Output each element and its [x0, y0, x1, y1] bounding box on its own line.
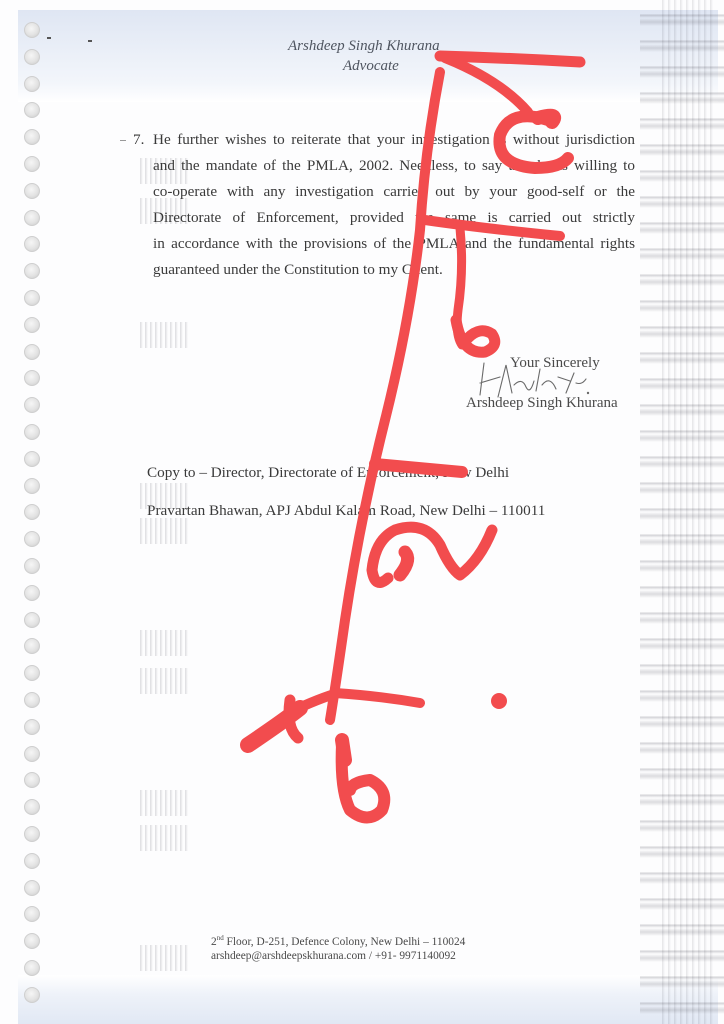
- paragraph-line: Directorate of Enforcement, provided the…: [153, 206, 635, 231]
- signer-name: Arshdeep Singh Khurana: [466, 395, 618, 412]
- binder-hole: [24, 370, 40, 386]
- binder-hole: [24, 960, 40, 976]
- binder-hole: [24, 987, 40, 1003]
- binder-hole: [24, 478, 40, 494]
- binder-hole: [24, 424, 40, 440]
- footer-floor-suffix: nd: [217, 934, 224, 942]
- letterhead-title: Advocate: [343, 58, 399, 75]
- footer-address: 2nd Floor, D-251, Defence Colony, New De…: [211, 934, 465, 948]
- paragraph-line: in accordance with the provisions of the…: [153, 232, 635, 257]
- copy-to-line-1: Copy to – Director, Directorate of Enfor…: [147, 464, 509, 482]
- letterhead-name: Arshdeep Singh Khurana: [288, 38, 440, 55]
- binder-hole: [24, 826, 40, 842]
- scan-ghost-mark: [140, 630, 190, 656]
- binder-hole: [24, 692, 40, 708]
- binder-hole: [24, 638, 40, 654]
- binder-hole: [24, 156, 40, 172]
- binder-hole: [24, 129, 40, 145]
- binder-hole: [24, 49, 40, 65]
- scan-speck: [47, 37, 51, 39]
- binder-hole: [24, 772, 40, 788]
- binder-hole: [24, 22, 40, 38]
- binder-hole: [24, 585, 40, 601]
- scanned-letter-page: Arshdeep Singh Khurana Advocate 7. He fu…: [0, 0, 724, 1024]
- scan-ghost-mark: [140, 518, 190, 544]
- binder-hole: [24, 933, 40, 949]
- paragraph-line: guaranteed under the Constitution to my …: [153, 258, 635, 283]
- scan-ghost-mark: [140, 322, 190, 348]
- scan-speck: [88, 40, 92, 42]
- binder-hole: [24, 719, 40, 735]
- binder-hole: [24, 906, 40, 922]
- binder-hole: [24, 799, 40, 815]
- binder-hole: [24, 612, 40, 628]
- scan-bottom-tint: [18, 975, 718, 1024]
- binder-hole: [24, 290, 40, 306]
- binder-hole: [24, 263, 40, 279]
- binder-hole: [24, 76, 40, 92]
- scan-edge-noise-inner: [662, 0, 714, 1024]
- binder-hole: [24, 397, 40, 413]
- scan-speck: [120, 140, 126, 141]
- scan-ghost-mark: [140, 945, 190, 971]
- scan-ghost-mark: [140, 668, 190, 694]
- scan-ghost-mark: [140, 825, 190, 851]
- binder-hole: [24, 853, 40, 869]
- binder-hole: [24, 746, 40, 762]
- scan-ghost-mark: [140, 790, 190, 816]
- paragraph-line: He further wishes to reiterate that your…: [153, 128, 635, 153]
- binder-hole: [24, 665, 40, 681]
- binder-hole: [24, 344, 40, 360]
- binder-hole: [24, 210, 40, 226]
- binder-hole: [24, 451, 40, 467]
- binder-hole: [24, 236, 40, 252]
- binder-hole: [24, 183, 40, 199]
- paragraph-line: and the mandate of the PMLA, 2002. Needl…: [153, 154, 635, 179]
- copy-to-line-2: Pravartan Bhawan, APJ Abdul Kalam Road, …: [147, 502, 545, 520]
- paragraph-line: co-operate with any investigation carrie…: [153, 180, 635, 205]
- binder-hole: [24, 504, 40, 520]
- binder-hole: [24, 102, 40, 118]
- binder-hole: [24, 531, 40, 547]
- scan-top-tint: [18, 10, 718, 102]
- paragraph-number: 7.: [133, 128, 144, 153]
- binder-hole: [24, 880, 40, 896]
- binder-holes: [24, 22, 42, 1022]
- binder-hole: [24, 317, 40, 333]
- footer-address-text: Floor, D-251, Defence Colony, New Delhi …: [224, 936, 466, 948]
- binder-hole: [24, 558, 40, 574]
- footer-contact: arshdeep@arshdeepskhurana.com / +91- 997…: [211, 950, 456, 962]
